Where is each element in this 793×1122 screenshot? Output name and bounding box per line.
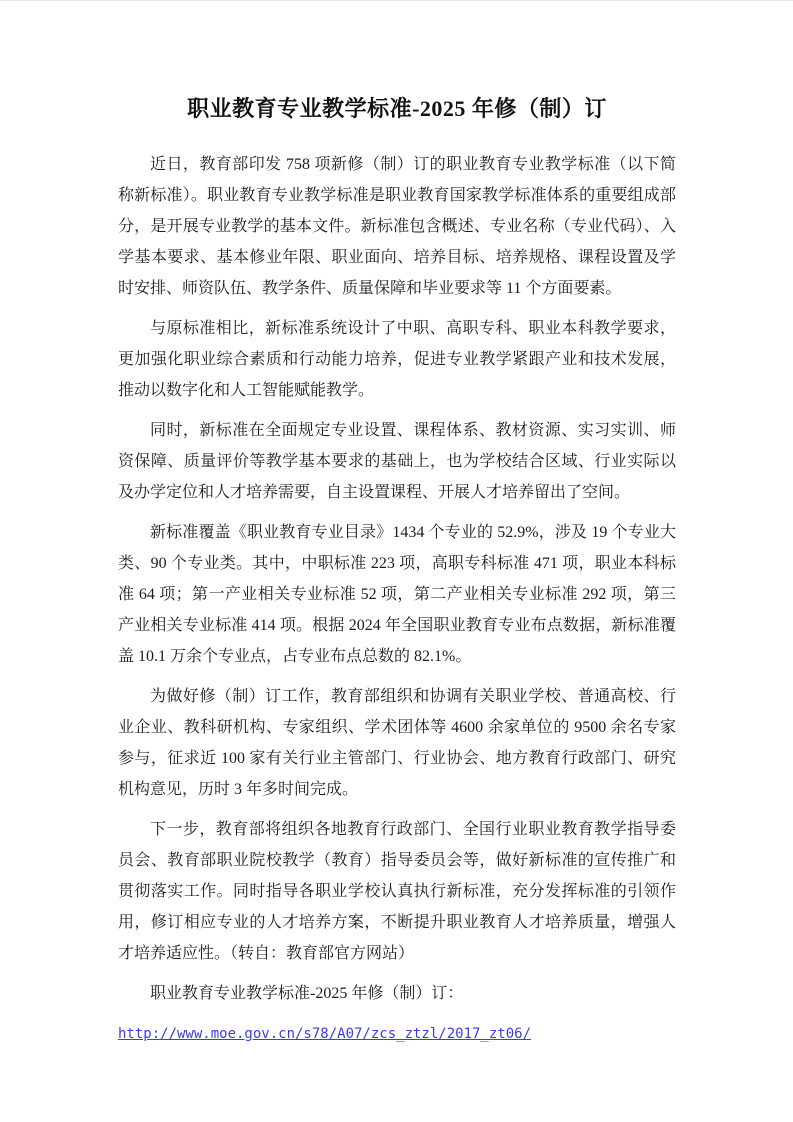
document-page: 职业教育专业教学标准-2025 年修（制）订 近日，教育部印发 758 项新修（… xyxy=(0,1,793,1122)
moe-standards-link[interactable]: http://www.moe.gov.cn/s78/A07/zcs_ztzl/2… xyxy=(118,1026,531,1042)
paragraph-intro: 近日，教育部印发 758 项新修（制）订的职业教育专业教学标准（以下简称新标准）… xyxy=(118,149,676,304)
page-title: 职业教育专业教学标准-2025 年修（制）订 xyxy=(118,93,676,125)
paragraph-participants: 为做好修（制）订工作，教育部组织和协调有关职业学校、普通高校、行业企业、教科研机… xyxy=(118,681,676,805)
link-caption: 职业教育专业教学标准-2025 年修（制）订： xyxy=(118,978,676,1009)
paragraph-next-steps: 下一步，教育部将组织各地教育行政部门、全国行业职业教育教学指导委员会、教育部职业… xyxy=(118,814,676,969)
paragraph-coverage-stats: 新标准覆盖《职业教育专业目录》1434 个专业的 52.9%，涉及 19 个专业… xyxy=(118,517,676,672)
document-body: 近日，教育部印发 758 项新修（制）订的职业教育专业教学标准（以下简称新标准）… xyxy=(118,149,676,1050)
paragraph-scope: 同时，新标准在全面规定专业设置、课程体系、教材资源、实习实训、师资保障、质量评价… xyxy=(118,415,676,508)
paragraph-comparison: 与原标准相比，新标准系统设计了中职、高职专科、职业本科教学要求，更加强化职业综合… xyxy=(118,313,676,406)
link-line: http://www.moe.gov.cn/s78/A07/zcs_ztzl/2… xyxy=(118,1018,676,1050)
